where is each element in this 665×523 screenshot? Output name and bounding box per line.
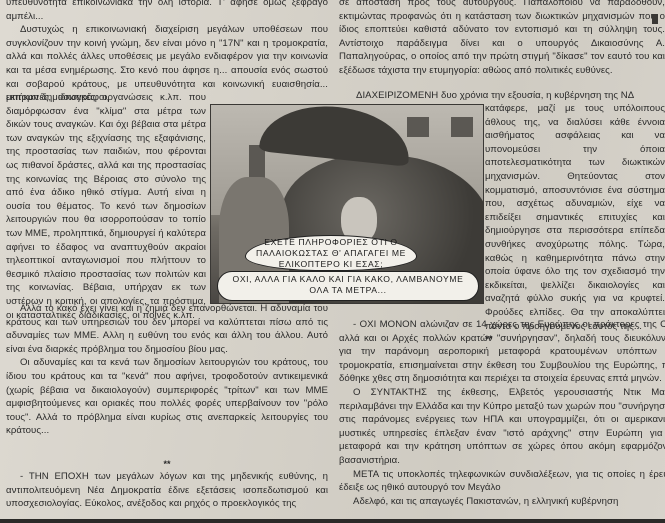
- left-column-final: - ΤΗΝ ΕΠΟΧΗ των μεγάλων λόγων και της μη…: [6, 470, 328, 511]
- window: [407, 117, 429, 137]
- left-column-bottom: Αλλά το κακό έχει γίνει και η ζημιά δεν …: [6, 302, 328, 438]
- speech-bubble-question: ΕΧΕΤΕ ΠΛΗΡΟΦΟΡΙΕΣ ΟΤΙ Ο ΠΑΛΑΙΟΚΩΣΤΑΣ Θ' …: [245, 235, 417, 271]
- left-column-top: υπευθυνότητα επικοινωνιακά την όλη ιστορ…: [6, 0, 328, 105]
- article-paragraph: - ΤΗΝ ΕΠΟΧΗ των μεγάλων λόγων και της μη…: [6, 470, 328, 511]
- right-column-narrow: κατάφερε, μαζί με τους υπόλοιπους άθλους…: [485, 102, 665, 347]
- speech-bubble-answer: ΟΧΙ, ΑΛΛΑ ΓΙΑ ΚΑΛΟ ΚΑΙ ΓΙΑ ΚΑΚΟ, ΛΑΜΒΑΝΟ…: [217, 271, 479, 301]
- article-paragraph: Οι αδυναμίες και τα κενά των δημοσίων λε…: [6, 356, 328, 438]
- article-paragraph: εκπομπές, ιδιωτικές οργανώσεις κ.λπ. που…: [6, 91, 206, 322]
- article-paragraph: Αλλά το κακό έχει γίνει και η ζημιά δεν …: [6, 302, 328, 356]
- article-paragraph: - ΟΧΙ ΜΟΝΟΝ αλώνιζαν σε 14 χώρες της Ευρ…: [339, 318, 665, 386]
- article-paragraph: ΜΕΤΑ τις υποκλοπές τηλεφωνικών συνδιαλέξ…: [339, 468, 665, 495]
- window: [451, 117, 473, 137]
- newspaper-page: υπευθυνότητα επικοινωνιακά την όλη ιστορ…: [0, 0, 665, 523]
- article-paragraph: Αδελφό, και τις απαγωγές Πακιστανών, η ε…: [339, 495, 665, 509]
- article-paragraph: κατάφερε, μαζί με τους υπόλοιπους άθλους…: [485, 102, 665, 333]
- article-paragraph: υπευθυνότητα επικοινωνιακά την όλη ιστορ…: [6, 0, 328, 23]
- cartoon-photo: ΕΧΕΤΕ ΠΛΗΡΟΦΟΡΙΕΣ ΟΤΙ Ο ΠΑΛΑΙΟΚΩΣΤΑΣ Θ' …: [210, 104, 484, 304]
- bottom-edge: [0, 519, 665, 523]
- left-column-narrow: εκπομπές, ιδιωτικές οργανώσεις κ.λπ. που…: [6, 91, 206, 322]
- right-column-top: σε απόσταση προς τους αύτουργούς. Παπαλο…: [339, 0, 665, 78]
- page-edge-mark: [652, 14, 658, 24]
- right-column-bottom: - ΟΧΙ ΜΟΝΟΝ αλώνιζαν σε 14 χώρες της Ευρ…: [339, 318, 665, 508]
- right-column-lead: ΔΙΑΧΕΙΡΙΖΟΜΕΝΗ δυο χρόνια την εξουσία, η…: [356, 89, 665, 103]
- article-paragraph: σε απόσταση προς τους αύτουργούς. Παπαλο…: [339, 0, 665, 78]
- article-paragraph: Ο ΣΥΝΤΑΚΤΗΣ της έκθεσης, Ελβετός γερουσι…: [339, 386, 665, 468]
- section-lead-line: ΔΙΑΧΕΙΡΙΖΟΜΕΝΗ δυο χρόνια την εξουσία, η…: [356, 89, 665, 103]
